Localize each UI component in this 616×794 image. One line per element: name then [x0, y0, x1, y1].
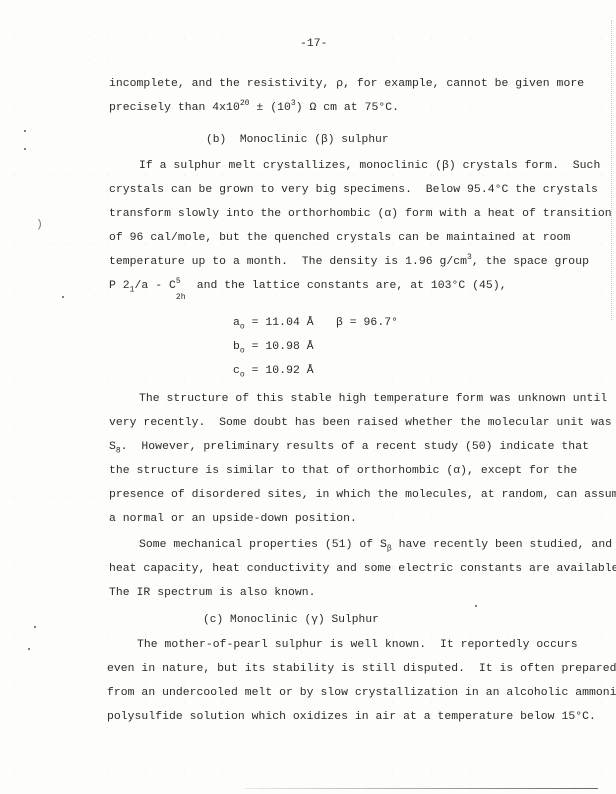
document-page: -17- incomplete, and the resistivity, ρ,… — [0, 0, 616, 794]
value: = 10.98 Å — [252, 341, 314, 353]
paragraph-line: S8. However, preliminary results of a re… — [109, 440, 589, 454]
subscript: o — [240, 346, 245, 355]
text: , the space group — [472, 256, 589, 268]
text: and the lattice constants are, at 103°C … — [190, 280, 507, 292]
paragraph-line: transform slowly into the orthorhombic (… — [109, 207, 612, 221]
paragraph-line: presence of disordered sites, in which t… — [109, 488, 616, 502]
text: °C. — [575, 711, 596, 723]
lattice-constant-c: co = 10.92 Å — [233, 364, 314, 378]
paragraph-line: a normal or an upside-down position. — [109, 512, 357, 526]
text: polysulfide solution which oxidizes in a… — [107, 711, 575, 723]
scan-mark: ) — [36, 218, 43, 232]
symbol: c — [233, 365, 240, 377]
superscript: 20 — [240, 99, 250, 108]
paragraph-line: P 21/a - C52h and the lattice constants … — [109, 279, 507, 293]
scan-speck — [62, 296, 64, 298]
paragraph-line: polysulfide solution which oxidizes in a… — [107, 710, 596, 724]
paragraph-line: crystals can be grown to very big specim… — [109, 183, 598, 197]
text: P 2 — [109, 280, 130, 292]
symbol: b — [233, 341, 240, 353]
paragraph-line: The structure of this stable high temper… — [139, 392, 607, 406]
paragraph-line: from an undercooled melt or by slow crys… — [107, 686, 616, 700]
paragraph-line: The mother-of-pearl sulphur is well know… — [137, 638, 578, 652]
scan-edge-artifact — [611, 20, 613, 320]
text: ± (10 — [250, 102, 291, 114]
text: /a - C — [135, 280, 176, 292]
text: temperature up to a month. The density i… — [109, 256, 467, 268]
paragraph-line: The IR spectrum is also known. — [109, 586, 316, 600]
text: Some mechanical properties (51) of S — [139, 539, 387, 551]
text: ) Ω cm at 75°C. — [296, 102, 399, 114]
scan-speck — [24, 130, 26, 132]
text: S — [109, 441, 116, 453]
section-heading-c: (c) Monoclinic (γ) Sulphur — [203, 613, 379, 627]
paragraph-line: very recently. Some doubt has been raise… — [109, 416, 612, 430]
lattice-constant-a: ao = 11.04 Å — [233, 316, 314, 330]
paragraph-line: If a sulphur melt crystallizes, monoclin… — [139, 159, 600, 173]
scan-speck — [34, 626, 36, 628]
text: precisely than 4x10 — [109, 102, 240, 114]
paragraph-line: even in nature, but its stability is sti… — [107, 662, 616, 676]
subscript: o — [240, 322, 245, 331]
paragraph-line: the structure is similar to that of orth… — [109, 464, 577, 478]
paragraph-line: Some mechanical properties (51) of Sβ ha… — [139, 538, 612, 552]
scan-edge-artifact — [245, 788, 598, 789]
scan-speck — [24, 148, 26, 150]
scan-speck — [475, 605, 477, 607]
text: have recently been studied, and — [392, 539, 612, 551]
page-number: -17- — [300, 37, 328, 51]
scan-speck — [28, 648, 30, 650]
lattice-constant-b: bo = 10.98 Å — [233, 340, 314, 354]
beta-angle: β = 96.7° — [336, 316, 398, 330]
value: = 11.04 Å — [252, 317, 314, 329]
paragraph-line: precisely than 4x1020 ± (103) Ω cm at 75… — [109, 101, 399, 115]
paragraph-line: of 96 cal/mole, but the quenched crystal… — [109, 231, 570, 245]
value: = 10.92 Å — [252, 365, 314, 377]
text: . However, preliminary results of a rece… — [121, 441, 589, 453]
paragraph-line: heat capacity, heat conductivity and som… — [109, 562, 616, 576]
subscript: o — [240, 370, 245, 379]
paragraph-line: incomplete, and the resistivity, ρ, for … — [109, 77, 584, 91]
symbol: a — [233, 317, 240, 329]
paragraph-line: temperature up to a month. The density i… — [109, 255, 589, 269]
section-heading-b: (b) Monoclinic (β) sulphur — [206, 133, 389, 147]
